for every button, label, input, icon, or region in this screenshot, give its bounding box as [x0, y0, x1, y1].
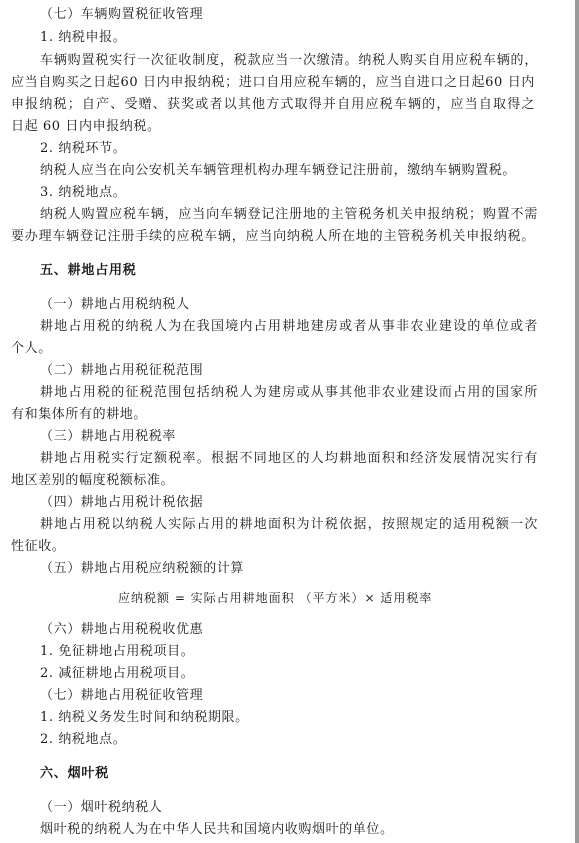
subsection-title: （三）耕地占用税税率: [40, 429, 176, 445]
subsection-title: （四）耕地占用税计税依据: [40, 495, 203, 511]
paragraph-line: 申报纳税；自产、受赠、获奖或者以其他方式取得并自用应税车辆的，应当自取得之: [11, 97, 535, 113]
list-item: 1. 纳税义务发生时间和纳税期限。: [40, 710, 249, 726]
subsection-title: （二）耕地占用税征税范围: [40, 363, 203, 379]
paragraph-line: 耕地占用税以纳税人实际占用的耕地面积为计税依据，按照规定的适用税额一次: [40, 517, 538, 533]
paragraph-line: 性征收。: [11, 539, 65, 555]
paragraph-line: 车辆购置税实行一次征收制度，税款应当一次缴清。纳税人购买自用应税车辆的，: [40, 53, 538, 69]
item-title: 1. 纳税申报。: [40, 30, 126, 46]
item-title: 3. 纳税地点。: [40, 185, 126, 201]
paragraph-line: 地区差别的幅度税额标准。: [11, 473, 174, 489]
page-edge-border: [575, 0, 579, 843]
document-page: （七）车辆购置税征收管理 1. 纳税申报。 车辆购置税实行一次征收制度，税款应当…: [0, 0, 575, 843]
list-item: 1. 免征耕地占用税项目。: [40, 644, 194, 660]
paragraph-line: 纳税人购置应税车辆，应当向车辆登记注册地的主管税务机关申报纳税；购置不需: [40, 207, 538, 223]
subsection-title: （七）耕地占用税征收管理: [40, 688, 203, 704]
paragraph-line: 纳税人应当在向公安机关车辆管理机构办理车辆登记注册前，缴纳车辆购置税。: [40, 163, 516, 179]
paragraph-line: 耕地占用税的征税范围包括纳税人为建房或从事其他非农业建设而占用的国家所: [40, 385, 538, 401]
section-heading: 六、烟叶税: [40, 766, 109, 782]
paragraph-line: 日起 60 日内申报纳税。: [11, 119, 161, 135]
subsection-title: （五）耕地占用税应纳税额的计算: [40, 561, 244, 577]
paragraph-line: 个人。: [11, 341, 52, 357]
tax-formula: 应纳税额 = 实际占用耕地面积 （平方米）× 适用税率: [118, 590, 432, 606]
paragraph-line: 耕地占用税实行定额税率。根据不同地区的人均耕地面积和经济发展情况实行有: [40, 451, 538, 467]
paragraph-line: 应当自购买之日起60 日内申报纳税；进口自用应税车辆的，应当自进口之日起60 日…: [11, 75, 535, 91]
subsection-title: （六）耕地占用税税收优惠: [40, 622, 203, 638]
subsection-title: （一）耕地占用税纳税人: [40, 297, 190, 313]
list-item: 2. 减征耕地占用税项目。: [40, 666, 194, 682]
paragraph-line: 烟叶税的纳税人为在中华人民共和国境内收购烟叶的单位。: [40, 822, 394, 838]
paragraph-line: 有和集体所有的耕地。: [11, 407, 147, 423]
paragraph-line: 要办理车辆登记注册手续的应税车辆，应当向纳税人所在地的主管税务机关申报纳税。: [11, 229, 535, 245]
subsection-title: （一）烟叶税纳税人: [40, 800, 162, 816]
item-title: 2. 纳税环节。: [40, 141, 126, 157]
list-item: 2. 纳税地点。: [40, 732, 126, 748]
subsection-title: （七）车辆购置税征收管理: [40, 7, 203, 23]
section-heading: 五、耕地占用税: [40, 263, 137, 279]
paragraph-line: 耕地占用税的纳税人为在我国境内占用耕地建房或者从事非农业建设的单位或者: [40, 319, 538, 335]
